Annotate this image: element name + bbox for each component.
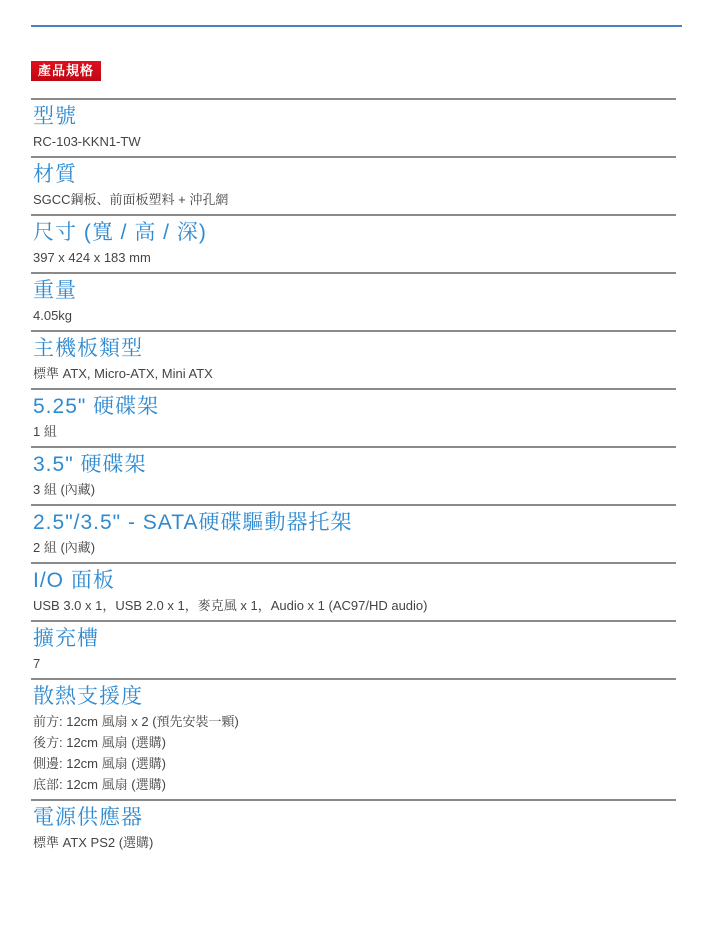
spec-525-bay: 5.25" 硬碟架 1 組 [31,388,676,446]
spec-35-bay: 3.5" 硬碟架 3 組 (內藏) [31,446,676,504]
spec-title: 重量 [33,277,676,305]
spec-expansion-slots: 擴充槽 7 [31,620,676,678]
spec-value: SGCC鋼板、前面板塑料 + 沖孔網 [33,189,676,210]
spec-list: 型號 RC-103-KKN1-TW 材質 SGCC鋼板、前面板塑料 + 沖孔網 … [31,98,676,857]
spec-value: 1 組 [33,421,676,442]
spec-motherboard: 主機板類型 標準 ATX, Micro-ATX, Mini ATX [31,330,676,388]
spec-title: 2.5"/3.5" - SATA硬碟驅動器托架 [33,509,676,537]
spec-sata-tray: 2.5"/3.5" - SATA硬碟驅動器托架 2 組 (內藏) [31,504,676,562]
spec-title: 型號 [33,103,676,131]
spec-psu: 電源供應器 標準 ATX PS2 (選購) [31,799,676,857]
spec-io-panel: I/O 面板 USB 3.0 x 1，USB 2.0 x 1，麥克風 x 1，A… [31,562,676,620]
spec-value: 2 組 (內藏) [33,537,676,558]
spec-model: 型號 RC-103-KKN1-TW [31,98,676,156]
spec-title: 擴充槽 [33,625,676,653]
spec-value: USB 3.0 x 1，USB 2.0 x 1，麥克風 x 1，Audio x … [33,595,676,616]
top-divider [31,25,682,27]
spec-title: 3.5" 硬碟架 [33,451,676,479]
spec-title: I/O 面板 [33,567,676,595]
spec-title: 電源供應器 [33,804,676,832]
spec-title: 散熱支援度 [33,683,676,711]
spec-dimensions: 尺寸 (寬 / 高 / 深) 397 x 424 x 183 mm [31,214,676,272]
spec-title: 主機板類型 [33,335,676,363]
spec-value: 前方: 12cm 風扇 x 2 (預先安裝一顆) [33,711,676,732]
spec-cooling: 散熱支援度 前方: 12cm 風扇 x 2 (預先安裝一顆) 後方: 12cm … [31,678,676,799]
spec-value: 3 組 (內藏) [33,479,676,500]
spec-value: 4.05kg [33,305,676,326]
spec-weight: 重量 4.05kg [31,272,676,330]
product-specs-badge: 產品規格 [31,61,101,81]
spec-title: 材質 [33,161,676,189]
spec-value: 397 x 424 x 183 mm [33,247,676,268]
spec-material: 材質 SGCC鋼板、前面板塑料 + 沖孔網 [31,156,676,214]
spec-value: 7 [33,653,676,674]
spec-value: 標準 ATX, Micro-ATX, Mini ATX [33,363,676,384]
spec-title: 尺寸 (寬 / 高 / 深) [33,219,676,247]
spec-value: RC-103-KKN1-TW [33,131,676,152]
spec-value: 底部: 12cm 風扇 (選購) [33,774,676,795]
spec-title: 5.25" 硬碟架 [33,393,676,421]
spec-value: 側邊: 12cm 風扇 (選購) [33,753,676,774]
spec-value: 後方: 12cm 風扇 (選購) [33,732,676,753]
spec-value: 標準 ATX PS2 (選購) [33,832,676,853]
